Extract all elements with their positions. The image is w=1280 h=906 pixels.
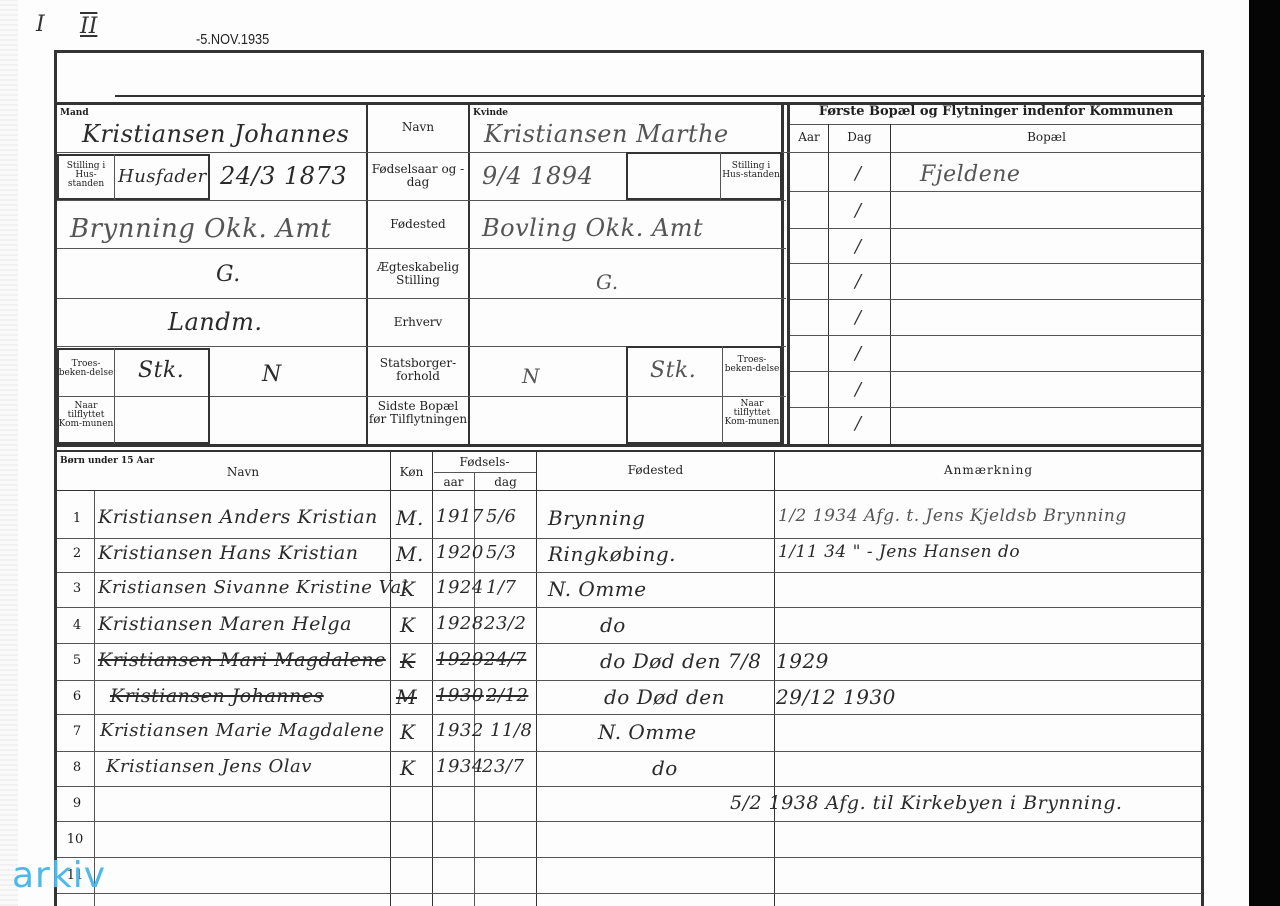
child-name: Kristiansen Maren Helga: [98, 613, 352, 635]
child-kon: K: [400, 756, 415, 780]
husband-stilling: Husfader: [118, 166, 207, 187]
label-aegteskabelig: Ægteskabelig Stilling: [368, 261, 468, 287]
child-fodested: Brynning: [548, 506, 645, 530]
label-sidste-bopael: Sidste Bopæl før Tilflytningen: [368, 400, 468, 426]
child-name: Kristiansen Anders Kristian: [98, 506, 378, 528]
moves-dag-1: /: [855, 163, 861, 184]
child-kon: M.: [396, 506, 424, 530]
row-number: 7: [62, 724, 92, 739]
child-name: Kristiansen Mari Magdalene: [98, 649, 386, 671]
child-aar: 1932: [436, 720, 484, 741]
child-kon: M.: [396, 542, 424, 566]
child-dag: 5/3: [486, 542, 516, 563]
child-name: Kristiansen Marie Magdalene: [100, 720, 385, 741]
child-aar: 1930: [436, 685, 484, 706]
row-number: 1: [62, 511, 92, 526]
divider: [57, 538, 1202, 539]
divider: [828, 124, 829, 444]
child-dag: 23/7: [482, 756, 524, 777]
wife-birthplace: Bovling Okk. Amt: [482, 214, 703, 242]
child-aar: 1924: [436, 577, 484, 598]
divider: [790, 263, 1202, 264]
divider: [787, 104, 790, 444]
children-col-fodested: Fødested: [537, 464, 774, 477]
kvinde-label: Kvinde: [473, 109, 508, 118]
husband-faith: Stk.: [138, 358, 184, 383]
child-kon: M: [396, 685, 417, 709]
divider: [57, 607, 1202, 608]
divider: [57, 786, 1202, 787]
row-number: 9: [62, 796, 92, 811]
roman-numeral-1: I: [36, 12, 45, 37]
moves-dag-6: /: [855, 343, 861, 364]
child-dag: 23/2: [484, 613, 526, 634]
label-erhverv: Erhverv: [368, 316, 468, 329]
child-dag: 5/6: [486, 506, 516, 527]
divider: [790, 407, 1202, 408]
child-kon: K: [400, 720, 415, 744]
divider: [390, 452, 391, 906]
header-rule: [115, 95, 1205, 97]
child-aar: 1928: [436, 613, 484, 634]
roman-numeral-2: II: [80, 14, 97, 39]
child-name: Kristiansen Hans Kristian: [98, 542, 358, 564]
row-number: 8: [62, 760, 92, 775]
row-number: 2: [62, 546, 92, 561]
divider: [114, 348, 115, 444]
child-name: Kristiansen Sivanne Kristine Val: [98, 577, 408, 598]
husband-occupation: Landm.: [168, 308, 262, 336]
divider: [57, 857, 1202, 858]
divider: [94, 490, 95, 906]
divider: [57, 893, 1202, 894]
child-fodested: N. Omme: [598, 720, 697, 744]
wife-faith: Stk.: [650, 358, 696, 383]
divider: [114, 154, 115, 200]
child-fodested: do: [600, 613, 626, 637]
child-name: Kristiansen Johannes: [110, 685, 324, 707]
label-navn: Navn: [368, 121, 468, 134]
child-aar: 1917: [436, 506, 484, 527]
children-section-label: Børn under 15 Aar: [60, 457, 154, 466]
divider: [57, 714, 1202, 715]
wife-birth: 9/4 1894: [482, 162, 593, 190]
child-name: Kristiansen Jens Olav: [106, 756, 312, 777]
child-kon: K: [400, 577, 415, 601]
row-number: 5: [62, 653, 92, 668]
moves-col-dag: Dag: [829, 131, 890, 144]
divider: [890, 124, 891, 444]
moves-bopael-1: Fjeldene: [920, 162, 1020, 187]
child-dag: 11/8: [490, 720, 532, 741]
divider: [57, 298, 786, 299]
wife-naar-tilflyttet-label: Naar tilflyttet Kom-munen: [724, 400, 780, 427]
husband-birthplace: Brynning Okk. Amt: [70, 214, 331, 244]
divider: [432, 452, 433, 906]
wife-citizenship: N: [522, 364, 540, 388]
divider: [57, 248, 786, 249]
moves-dag-7: /: [855, 379, 861, 400]
child-dag: 1/7: [486, 577, 516, 598]
children-col-aar: aar: [433, 476, 474, 489]
divider: [790, 371, 1202, 372]
arkiv-watermark: arkiv: [12, 855, 106, 896]
husband-citizenship: N: [262, 362, 282, 387]
divider: [790, 299, 1202, 300]
child-note: 1/2 1934 Afg. t. Jens Kjeldsb Brynning: [778, 506, 1127, 526]
moves-dag-3: /: [855, 236, 861, 257]
children-col-navn: Navn: [96, 466, 390, 479]
divider: [790, 335, 1202, 336]
moves-col-bopael: Bopæl: [891, 131, 1202, 144]
child-dag: 24/7: [484, 649, 526, 670]
child-aar: 1934: [436, 756, 484, 777]
child-fodested: Ringkøbing.: [548, 542, 676, 566]
divider: [57, 643, 1202, 644]
row-number: 3: [62, 581, 92, 596]
troesbekendelse-label: Troes-beken-delse: [58, 360, 114, 378]
child-dag: 2/12: [486, 685, 528, 706]
label-fodested: Fødested: [368, 218, 468, 231]
divider: [790, 124, 1202, 125]
divider: [434, 472, 536, 473]
divider: [468, 104, 470, 444]
children-col-kon: Køn: [391, 466, 432, 479]
children-col-anmerkning: Anmærkning: [775, 464, 1202, 477]
child-kon: K: [400, 613, 415, 637]
wife-marital: G.: [596, 270, 619, 294]
divider: [626, 396, 782, 397]
divider: [790, 228, 1202, 229]
moves-col-aar: Aar: [790, 131, 828, 144]
divider: [57, 680, 1202, 681]
child-fodested: do: [652, 756, 678, 780]
moves-dag-8: /: [855, 413, 861, 434]
mand-label: Mand: [60, 109, 89, 118]
divider: [57, 572, 1202, 573]
row-number: 10: [60, 832, 90, 847]
husband-name: Kristiansen Johannes: [82, 120, 349, 148]
child-aar: 1929: [436, 649, 484, 670]
divider: [720, 152, 721, 200]
divider: [536, 452, 537, 906]
wife-name: Kristiansen Marthe: [484, 120, 729, 148]
child-fodested: do Død den: [604, 685, 725, 709]
divider: [54, 444, 1204, 447]
divider: [774, 452, 775, 906]
row-number: 6: [62, 689, 92, 704]
child-note: 1929: [776, 649, 829, 673]
moves-dag-5: /: [855, 307, 861, 328]
wife-stilling-label: Stilling i Hus-standen: [722, 162, 780, 180]
children-col-fodsels: Fødsels-: [433, 456, 536, 469]
child-fodested: N. Omme: [548, 577, 647, 601]
stilling-label: Stilling i Hus-standen: [58, 162, 114, 189]
divider: [790, 191, 1202, 192]
child-fodested: do Død den 7/8: [600, 649, 762, 673]
children-col-dag: dag: [475, 476, 536, 489]
moves-title: Første Bopæl og Flytninger indenfor Komm…: [790, 105, 1202, 118]
scan-edge: [0, 0, 18, 906]
child-note: 29/12 1930: [776, 685, 896, 709]
moves-dag-2: /: [855, 200, 861, 221]
divider: [57, 490, 1202, 491]
row-number: 4: [62, 618, 92, 633]
divider: [54, 450, 1204, 452]
child-note: 1/11 34 " - Jens Hansen do: [778, 542, 1020, 562]
divider: [57, 821, 1202, 822]
divider: [57, 751, 1202, 752]
child-note: 5/2 1938 Afg. til Kirkebyen i Brynning.: [730, 792, 1122, 814]
naar-tilflyttet-label: Naar tilflyttet Kom-munen: [58, 402, 114, 429]
husband-birth: 24/3 1873: [220, 162, 347, 190]
husband-marital: G.: [216, 262, 241, 287]
divider: [57, 200, 786, 201]
moves-dag-4: /: [855, 271, 861, 292]
child-aar: 1920: [436, 542, 484, 563]
label-statsborger: Statsborger-forhold: [368, 357, 468, 383]
wife-troesbekendelse-label: Troes-beken-delse: [724, 356, 780, 374]
label-fodselsaar: Fødselsaar og -dag: [368, 163, 468, 189]
date-stamp: -5.NOV.1935: [196, 31, 269, 48]
child-kon: K: [400, 649, 415, 673]
divider: [722, 346, 723, 444]
scan-border: [1249, 0, 1280, 906]
